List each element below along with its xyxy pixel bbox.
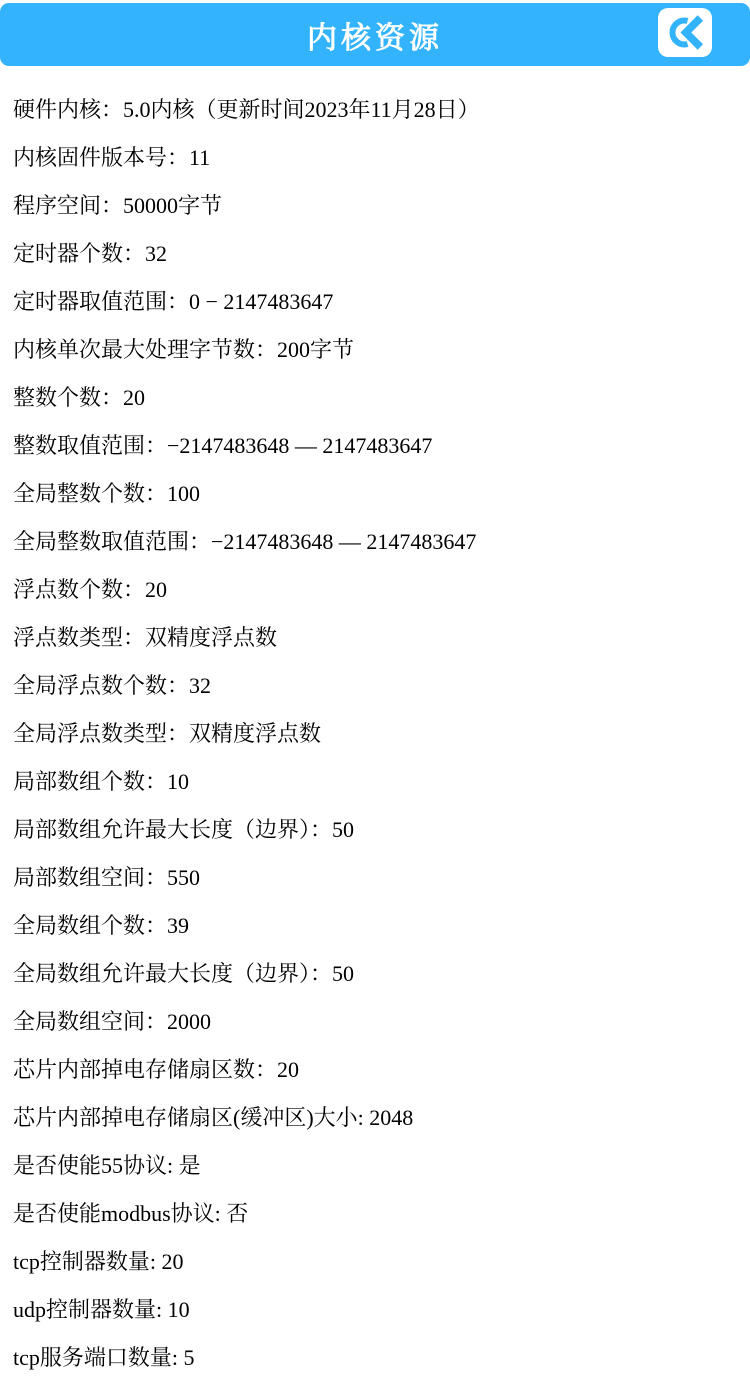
resource-item: 浮点数类型：双精度浮点数: [13, 612, 740, 660]
resource-item: 局部数组空间：550: [13, 852, 740, 900]
kernel-resources-page: 内核资源 硬件内核：5.0内核（更新时间2023年11月28日） 内核固件版本号…: [0, 0, 750, 1399]
resource-item: 全局数组允许最大长度（边界）：50: [13, 948, 740, 996]
resource-item: tcp控制器数量: 20: [13, 1236, 740, 1284]
ck-brand-logo-icon: [658, 8, 712, 57]
resource-item: 是否使能55协议: 是: [13, 1140, 740, 1188]
resource-item: 定时器取值范围：0 − 2147483647: [13, 276, 740, 324]
resource-item: 全局数组个数：39: [13, 900, 740, 948]
ck-logo-glyph: [662, 12, 708, 53]
resource-item: 内核单次最大处理字节数：200字节: [13, 324, 740, 372]
resource-item: 硬件内核：5.0内核（更新时间2023年11月28日）: [13, 84, 740, 132]
resource-item: 整数个数：20: [13, 372, 740, 420]
resource-item: 全局整数个数：100: [13, 468, 740, 516]
resource-item: 程序空间：50000字节: [13, 180, 740, 228]
resource-item: 是否使能modbus协议: 否: [13, 1188, 740, 1236]
resource-item: 全局整数取值范围：−2147483648 — 2147483647: [13, 516, 740, 564]
header-bar: 内核资源: [0, 3, 750, 66]
resource-item: 内核固件版本号：11: [13, 132, 740, 180]
resource-list: 硬件内核：5.0内核（更新时间2023年11月28日） 内核固件版本号：11 程…: [0, 66, 750, 1380]
resource-item: 局部数组允许最大长度（边界）：50: [13, 804, 740, 852]
resource-item: 浮点数个数：20: [13, 564, 740, 612]
resource-item: 全局浮点数个数：32: [13, 660, 740, 708]
resource-item: 定时器个数：32: [13, 228, 740, 276]
resource-item: 全局浮点数类型：双精度浮点数: [13, 708, 740, 756]
resource-item: udp控制器数量: 10: [13, 1284, 740, 1332]
resource-item: tcp服务端口数量: 5: [13, 1332, 740, 1380]
resource-item: 局部数组个数：10: [13, 756, 740, 804]
resource-item: 芯片内部掉电存储扇区数：20: [13, 1044, 740, 1092]
page-title: 内核资源: [307, 13, 443, 57]
resource-item: 整数取值范围：−2147483648 — 2147483647: [13, 420, 740, 468]
resource-item: 芯片内部掉电存储扇区(缓冲区)大小: 2048: [13, 1092, 740, 1140]
resource-item: 全局数组空间：2000: [13, 996, 740, 1044]
